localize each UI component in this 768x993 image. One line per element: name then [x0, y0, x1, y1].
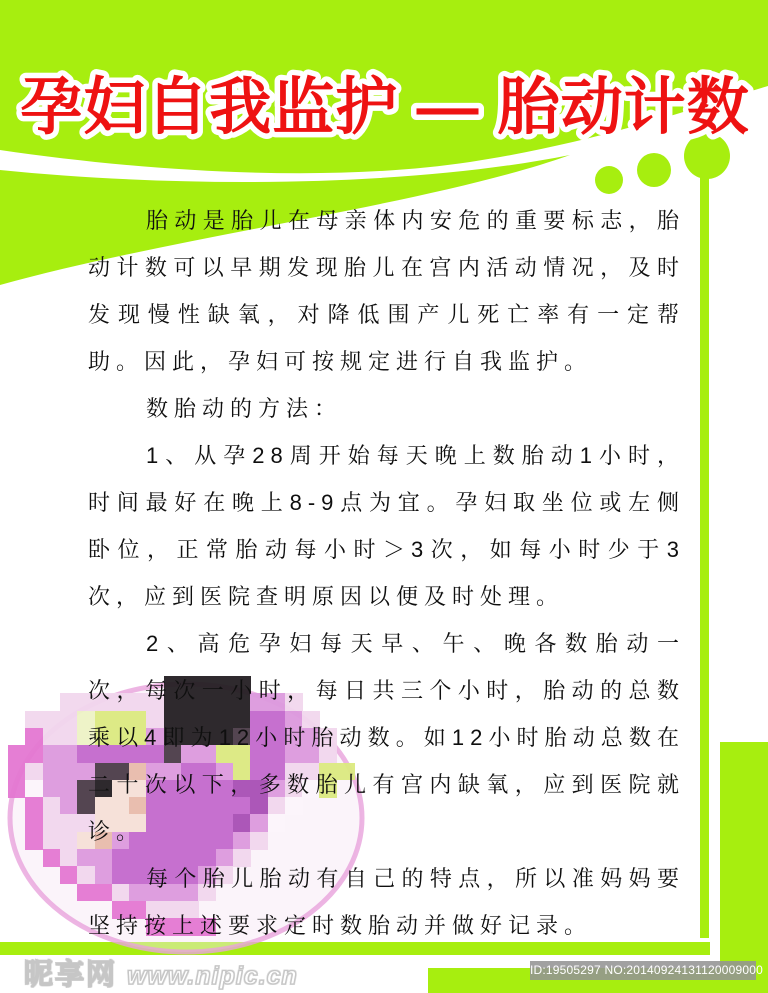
mosaic-pixel	[60, 711, 78, 729]
paragraph-intro: 胎动是胎儿在母亲体内安危的重要标志，胎动计数可以早期发现胎儿在宫内活动情况，及时…	[88, 197, 685, 385]
paragraph-method-heading: 数胎动的方法：	[88, 385, 685, 432]
mosaic-pixel	[43, 849, 61, 867]
watermark-site-name: 昵享网	[24, 952, 117, 993]
right-stick-line	[700, 156, 709, 938]
watermark-url: www.nipic.cn	[127, 962, 298, 991]
mosaic-pixel	[43, 780, 61, 798]
mosaic-pixel	[43, 745, 61, 763]
mosaic-pixel	[60, 780, 78, 798]
mosaic-pixel	[60, 832, 78, 850]
paragraph-method-2: 2、高危孕妇每天早、午、晚各数胎动一次，每次一小时，每日共三个小时，胎动的总数乘…	[88, 620, 685, 855]
paragraph-method-1: 1、从孕28周开始每天晚上数胎动1小时，时间最好在晚上8-9点为宜。孕妇取坐位或…	[88, 432, 685, 620]
mosaic-pixel	[60, 866, 78, 884]
mosaic-pixel	[25, 832, 43, 850]
title-layer: 孕妇自我监护 — 胎动计数	[0, 0, 768, 200]
mosaic-pixel	[43, 797, 61, 815]
mosaic-pixel	[60, 763, 78, 781]
right-green-column	[720, 742, 768, 993]
mosaic-pixel	[8, 763, 26, 781]
mosaic-pixel	[25, 728, 43, 746]
mosaic-pixel	[43, 728, 61, 746]
mosaic-pixel	[25, 780, 43, 798]
mosaic-pixel	[25, 745, 43, 763]
mosaic-pixel	[60, 814, 78, 832]
mosaic-pixel	[8, 780, 26, 798]
mosaic-pixel	[43, 763, 61, 781]
mosaic-pixel	[60, 728, 78, 746]
mosaic-pixel	[60, 849, 78, 867]
mosaic-pixel	[25, 763, 43, 781]
image-id-badge: ID:19505297 NO:20140924131120009000	[530, 961, 756, 980]
poster-root: 孕妇自我监护 — 胎动计数 胎动是胎儿在母亲体内安危的重要标志，胎动计数可以早期…	[0, 0, 768, 993]
mosaic-pixel	[25, 711, 43, 729]
mosaic-pixel	[43, 832, 61, 850]
mosaic-pixel	[60, 693, 78, 711]
mosaic-pixel	[25, 814, 43, 832]
mosaic-pixel	[60, 797, 78, 815]
mosaic-pixel	[43, 711, 61, 729]
nipic-watermark: 昵享网 www.nipic.cn	[24, 952, 298, 993]
body-text-block: 胎动是胎儿在母亲体内安危的重要标志，胎动计数可以早期发现胎儿在宫内活动情况，及时…	[88, 197, 685, 949]
mosaic-pixel	[60, 745, 78, 763]
mosaic-pixel	[25, 797, 43, 815]
poster-title: 孕妇自我监护 — 胎动计数	[20, 73, 749, 142]
paragraph-conclusion: 每个胎儿胎动有自己的特点，所以准妈妈要坚持按上述要求定时数胎动并做好记录。	[88, 855, 685, 949]
mosaic-pixel	[8, 745, 26, 763]
mosaic-pixel	[43, 814, 61, 832]
